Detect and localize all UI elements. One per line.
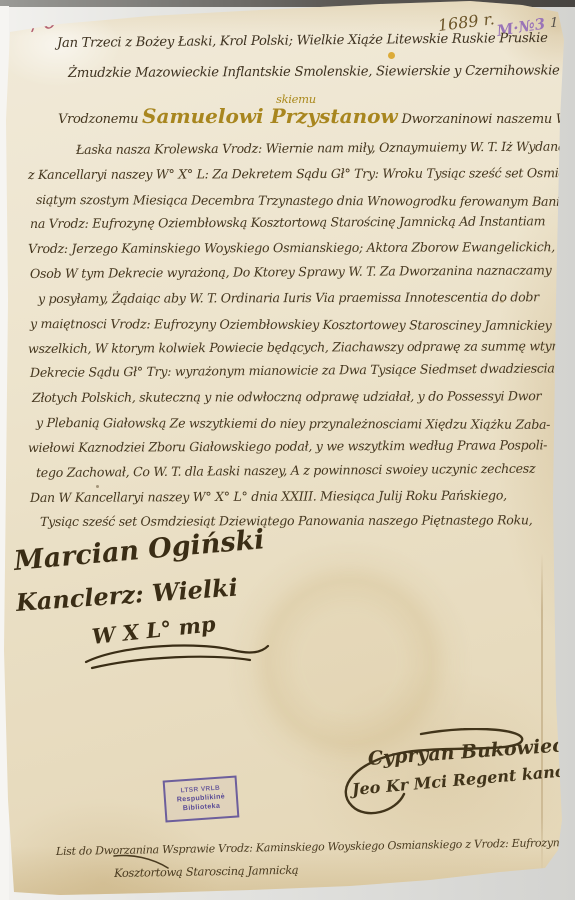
signature-flourish	[82, 642, 272, 676]
page-number: 1	[550, 16, 558, 31]
body-line: y Plebanią Giałowską Ze wszytkiemi do ni…	[36, 415, 550, 432]
body-line: Tysiąc sześć set Osmdziesiąt Dziewiątego…	[40, 512, 532, 529]
body-line: z Kancellaryi naszey W° X° L: Za Dekrete…	[28, 165, 575, 182]
royal-title-line-1: Jan Trzeci z Bożey Łaski, Krol Polski; W…	[57, 31, 548, 51]
salutation-prefix: Vrodzonemu	[58, 112, 138, 127]
salutation-suffix: Dworzaninowi naszemu Wiernie nam miłemu,	[402, 112, 575, 127]
docket-line-2: Kosztortową Starosciną Jamnicką	[114, 863, 299, 880]
manuscript-scan: 70 1689 r. M·№3 1 Jan Trzeci z Bożey Łas…	[0, 0, 575, 900]
body-line: Dekrecie Sądu Gł° Try: wyrażonym mianowi…	[30, 360, 555, 380]
paper-sheet: 70 1689 r. M·№3 1 Jan Trzeci z Bożey Łas…	[0, 0, 575, 900]
body-line: Złotych Polskich, skuteczną y nie odwłoc…	[32, 388, 541, 405]
body-line: wiełowi Kaznodziei Zboru Giałowskiego po…	[28, 437, 547, 455]
stamp-line-3: Biblioteka	[183, 803, 221, 814]
body-line: wszelkich, W ktorym kolwiek Powiecie będ…	[28, 338, 563, 356]
interlinear-insertion: skiemu	[276, 92, 316, 106]
body-line: y maiętnosci Vrodz: Eufrozyny Oziembłows…	[30, 316, 552, 333]
body-line: Osob W tym Dekrecie wyrażoną, Do Ktorey …	[30, 262, 551, 281]
docket-line-1: List do Dworzanina Wsprawie Vrodz: Kamin…	[56, 836, 566, 858]
salutation-line: Vrodzonemu Samuelowi Przystanow skiemu D…	[58, 104, 575, 128]
ink-stain	[388, 52, 395, 59]
body-line: siątym szostym Miesiąca Decembra Trzynas…	[36, 192, 575, 209]
paper-speck	[96, 485, 99, 488]
body-line: tego Zachował, Co W. T. dla Łaski naszey…	[36, 461, 535, 480]
body-line: Dan W Kancellaryi naszey W° X° L° dnia X…	[30, 488, 507, 505]
body-line: Łaska nasza Krolewska Vrodz: Wiernie nam…	[76, 138, 575, 157]
addressee-name-gold: Samuelowi Przystanow	[142, 104, 398, 128]
royal-title-line-2: Żmudzkie Mazowieckie Inflantskie Smolens…	[68, 63, 560, 81]
body-line: Vrodz: Jerzego Kaminskiego Woyskiego Osm…	[28, 239, 575, 256]
folio-number: 70	[23, 4, 60, 39]
body-line: y posyłamy, Żądaiąc aby W. T. Ordinaria …	[38, 289, 539, 306]
library-stamp: LTSR VRLB Respublikinė Biblioteka	[163, 775, 240, 822]
signature-oginski-title: Kanclerz: Wielki	[15, 573, 239, 617]
body-line: na Vrodz: Eufrozynę Oziembłowską Kosztor…	[30, 213, 545, 231]
signature-oginski-name: Marcian Ogiński	[13, 524, 266, 577]
paper-fold-crease	[541, 553, 543, 875]
